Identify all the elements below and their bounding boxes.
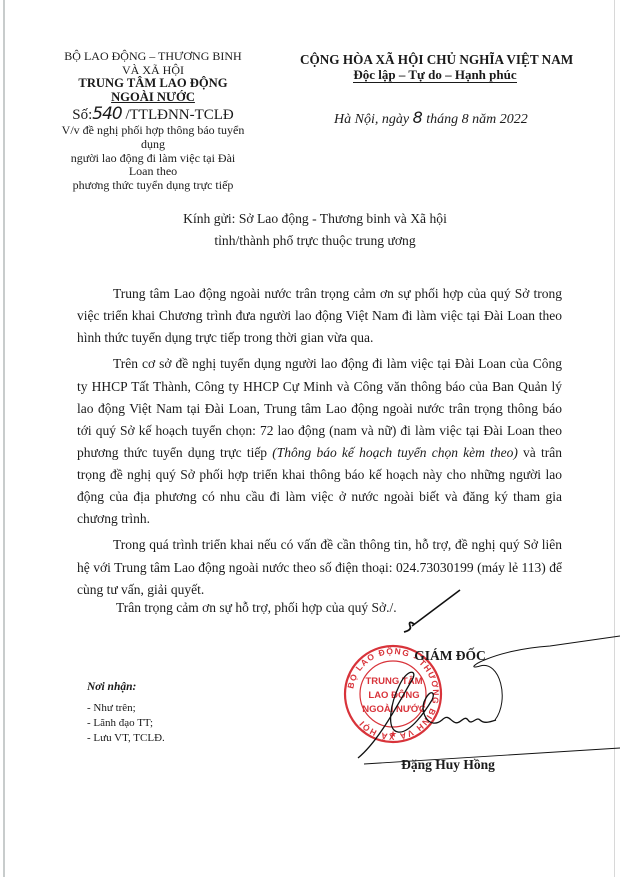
national-header: CỘNG HÒA XÃ HỘI CHỦ NGHĨA VIỆT NAM Độc l… (300, 52, 570, 82)
scan-edge-right (614, 0, 615, 877)
date-prefix: Hà Nội, ngày (334, 112, 413, 127)
document-number: Số:540 /TTLĐNN-TCLĐ (58, 105, 248, 124)
addressee: Kính gửi: Sở Lao động - Thương binh và X… (150, 208, 480, 252)
stamp-line2: LAO ĐỘNG (358, 689, 430, 703)
nation-title: CỘNG HÒA XÃ HỘI CHỦ NGHĨA VIỆT NAM (300, 52, 570, 67)
subject-line2: người lao động đi làm việc tại Đài Loan … (58, 152, 248, 180)
signer-name: Đặng Huy Hồng (388, 757, 508, 773)
scan-edge-left (3, 0, 5, 877)
issue-date: Hà Nội, ngày 8 tháng 8 năm 2022 (334, 108, 528, 128)
recipients-block: Nơi nhận: - Như trên; - Lãnh đạo TT; - L… (87, 680, 165, 746)
signer-title: GIÁM ĐỐC (380, 648, 520, 664)
ministry-name-line1: BỘ LAO ĐỘNG – THƯƠNG BINH (58, 50, 248, 64)
subject-line3: phương thức tuyển dụng trực tiếp (58, 179, 248, 193)
stamp-line3: NGOÀI NƯỚC (358, 703, 430, 717)
addressee-line1: Kính gửi: Sở Lao động - Thương binh và X… (150, 208, 480, 230)
addressee-line2: tỉnh/thành phố trực thuộc trung ương (150, 230, 480, 252)
org-name-line2: NGOÀI NƯỚC (58, 91, 248, 105)
date-day-handwritten: 8 (413, 108, 423, 127)
recipient-item: - Lưu VT, TCLĐ. (87, 731, 165, 746)
stamp-center-text: TRUNG TÂM LAO ĐỘNG NGOÀI NƯỚC (358, 675, 430, 717)
ministry-name-line2: VÀ XÃ HỘI (58, 64, 248, 78)
recipient-item: - Như trên; (87, 701, 165, 716)
motto-text: Độc lập – Tự do – Hạnh phúc (353, 67, 516, 83)
stamp-line1: TRUNG TÂM (358, 675, 430, 689)
national-motto: Độc lập – Tự do – Hạnh phúc (300, 67, 570, 82)
letter-body: Trung tâm Lao động ngoài nước trân trọng… (77, 283, 562, 605)
attachment-note: (Thông báo kế hoạch tuyển chọn kèm theo) (272, 445, 518, 460)
body-paragraph-3: Trong quá trình triển khai nếu có vấn đề… (77, 534, 562, 600)
date-suffix: tháng 8 năm 2022 (423, 112, 528, 127)
document-number-prefix: Số: (72, 107, 92, 123)
document-number-suffix: /TTLĐNN-TCLĐ (122, 107, 234, 123)
org-name-line1: TRUNG TÂM LAO ĐỘNG (58, 77, 248, 91)
recipients-title: Nơi nhận: (87, 680, 165, 695)
svg-text:★: ★ (389, 729, 397, 739)
issuer-header: BỘ LAO ĐỘNG – THƯƠNG BINH VÀ XÃ HỘI TRUN… (58, 50, 248, 193)
recipient-item: - Lãnh đạo TT; (87, 716, 165, 731)
body-paragraph-2: Trên cơ sở đề nghị tuyển dụng người lao … (77, 353, 562, 530)
document-number-handwritten: 540 (92, 104, 121, 124)
body-paragraph-1: Trung tâm Lao động ngoài nước trân trọng… (77, 283, 562, 349)
subject-line1: V/v đề nghị phối hợp thông báo tuyển dụn… (58, 124, 248, 152)
closing-line: Trân trọng cảm ơn sự hỗ trợ, phối hợp củ… (116, 600, 397, 616)
